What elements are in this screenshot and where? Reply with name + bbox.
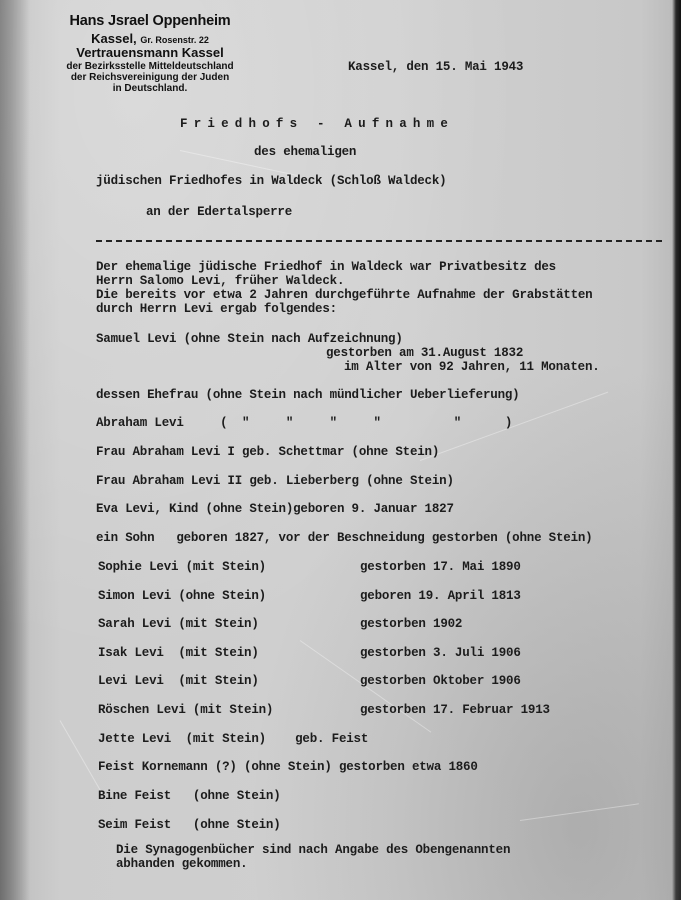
entry-name: Levi Levi (mit Stein) [98, 674, 259, 688]
entry-name: Jette Levi (mit Stein) geb. Feist [98, 732, 368, 746]
sender-city: Kassel, [91, 31, 137, 46]
letterhead-stamp: Hans Jsrael Oppenheim Kassel, Gr. Rosens… [30, 14, 270, 94]
entry-name: Seim Feist (ohne Stein) [98, 818, 281, 832]
entry-name: Simon Levi (ohne Stein) [98, 589, 266, 603]
entry-name: Abraham Levi ( " " " " " ) [96, 416, 512, 430]
intro-line: Herrn Salomo Levi, früher Waldeck. [96, 274, 344, 288]
document-title: Friedhofs - Aufnahme [180, 117, 454, 131]
title-subline-1: des ehemaligen [254, 145, 356, 159]
intro-line: Der ehemalige jüdische Friedhof in Walde… [96, 260, 556, 274]
entry-name: Eva Levi, Kind (ohne Stein)geboren 9. Ja… [96, 502, 454, 516]
sender-name: Hans Jsrael Oppenheim [30, 14, 270, 30]
dashed-separator [96, 240, 662, 242]
entry-name: Frau Abraham Levi I geb. Schettmar (ohne… [96, 445, 439, 459]
entry-name: Isak Levi (mit Stein) [98, 646, 259, 660]
entry-name: Sarah Levi (mit Stein) [98, 617, 259, 631]
entry-name: Frau Abraham Levi II geb. Lieberberg (oh… [96, 474, 454, 488]
entry-name: Sophie Levi (mit Stein) [98, 560, 266, 574]
entry-detail: gestorben Oktober 1906 [360, 674, 521, 688]
closing-line: abhanden gekommen. [116, 857, 247, 871]
entry-detail: gestorben 17. Mai 1890 [360, 560, 521, 574]
closing-line: Die Synagogenbücher sind nach Angabe des… [116, 843, 510, 857]
entry-detail: gestorben 1902 [360, 617, 462, 631]
entry-name: Röschen Levi (mit Stein) [98, 703, 273, 717]
intro-line: Die bereits vor etwa 2 Jahren durchgefüh… [96, 288, 592, 302]
entry-name: dessen Ehefrau (ohne Stein nach mündlich… [96, 388, 519, 402]
title-subline-3: an der Edertalsperre [146, 205, 292, 219]
entry-name: Bine Feist (ohne Stein) [98, 789, 281, 803]
entry-name: Feist Kornemann (?) (ohne Stein) gestorb… [98, 760, 478, 774]
entry-detail: gestorben am 31.August 1832 [326, 346, 523, 360]
entry-name: ein Sohn geboren 1827, vor der Beschneid… [96, 531, 592, 545]
title-subline-2: jüdischen Friedhofes in Waldeck (Schloß … [96, 174, 446, 188]
sender-role: Vertrauensmann Kassel [30, 46, 270, 60]
entry-name: Samuel Levi (ohne Stein nach Aufzeichnun… [96, 332, 403, 346]
entry-detail: im Alter von 92 Jahren, 11 Monaten. [344, 360, 600, 374]
date-line: Kassel, den 15. Mai 1943 [348, 60, 523, 74]
entry-detail: gestorben 17. Februar 1913 [360, 703, 550, 717]
sender-org-line-3: in Deutschland. [30, 83, 270, 94]
entry-detail: geboren 19. April 1813 [360, 589, 521, 603]
sender-org-line-2: der Reichsvereinigung der Juden [30, 72, 270, 83]
scanned-document-page: Hans Jsrael Oppenheim Kassel, Gr. Rosens… [0, 0, 681, 900]
intro-line: durch Herrn Levi ergab folgendes: [96, 302, 337, 316]
sender-street: Gr. Rosenstr. 22 [140, 35, 209, 45]
sender-address: Kassel, Gr. Rosenstr. 22 [30, 32, 270, 46]
sender-org-line-1: der Bezirksstelle Mitteldeutschland [30, 61, 270, 72]
entry-detail: gestorben 3. Juli 1906 [360, 646, 521, 660]
